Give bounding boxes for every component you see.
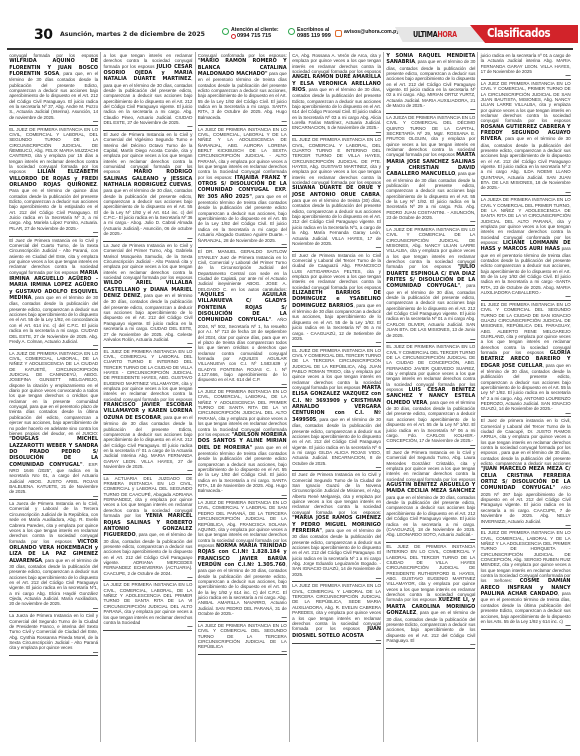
notice-text: LA JUEZ DE PRIMERA INSTANCIA EN LO CIVIL…: [292, 583, 381, 631]
legal-notice: a los que tengan interés en reclamar der…: [103, 52, 192, 131]
notice-text: LA JUEZ DE PRIMERA INSTANCIA EN LO CIVIL…: [198, 500, 287, 548]
notice-text: , para que, en el término de 30 días con…: [9, 71, 98, 120]
notice-code-tag: ▬▬: [103, 342, 192, 345]
legal-notice: LA JUEZ DE PRIMERA INSTANCIA EN LO CIVIL…: [9, 350, 98, 500]
notice-code-tag: ▬▬: [198, 494, 287, 497]
legal-notice: El Juez de primera instancia en lo Civil…: [481, 417, 571, 529]
notice-text: La ACTUARIA DEL JUZGADO DE PRIMERA INSTA…: [103, 476, 192, 518]
notice-text: , para que en el término de 30 días, con…: [386, 59, 475, 108]
notice-text: El Juez de primera instancia en lo Civil…: [481, 418, 571, 466]
notice-code-tag: ▬▬: [292, 639, 381, 642]
notice-text: , para que en el término de 30 días, con…: [103, 182, 192, 236]
notice-code-tag: ▬▬: [198, 650, 287, 653]
notice-text: LA JUEZ DE PRIMERA INSTANCIA EN LO CIVIL…: [9, 351, 98, 436]
legal-notice: La Jueza de Primera Instancia en lo Civi…: [9, 612, 98, 656]
notice-code-tag: ▬▬: [9, 651, 98, 654]
notice-text: , para que en el término de 30 días, con…: [481, 363, 571, 412]
notice-code-tag: ▬▬: [292, 577, 381, 580]
notice-code-tag: ▬▬: [103, 469, 192, 472]
legal-notice: Y SONIA RAQUEL MENDIETA SANABRIA, para q…: [386, 52, 475, 114]
notice-text: EL JUEZ DE PRIMERA INSTANCIA EN LO CIVIL…: [481, 530, 571, 583]
notice-text: . AÑO 2024, Nº 502, Secretaría Nº 1, ha …: [198, 317, 287, 382]
column-5: Y SONIA RAQUEL MENDIETA SANABRIA, para q…: [384, 52, 478, 742]
legal-notice: LA JUEZ DE PRIMERA INSTANCIA EN LO CIVIL…: [481, 80, 571, 196]
legal-notice: El Juez de Primera Instancia en lo Civil…: [386, 449, 475, 543]
notice-text: La Juez de Primera Instancia en lo Civil…: [103, 243, 192, 280]
notice-code-tag: ▬▬: [9, 120, 98, 123]
notice-code-tag: ▬▬: [103, 237, 192, 240]
notice-text: para que en el perentorio término de tre…: [198, 71, 287, 120]
classifieds-columns: conyugal formada por los esposos WILFRID…: [7, 52, 573, 742]
notice-text: LA JUEZA DE PRIMERA INSTANCIA EN LO CIVI…: [386, 115, 475, 157]
notice-text: LA JUEZ DE PRIMERA INSTANCIA EN LO CIVIL…: [198, 623, 287, 649]
notice-code-tag: ▬▬: [481, 524, 571, 527]
notice-text: EL JUEZ DE PRIMERA INSTANCIA EN LO CIVIL…: [481, 302, 571, 355]
logo-hora: HORA: [437, 30, 456, 39]
notice-text: juicio radica en la secretaría nº 01 a c…: [481, 53, 571, 74]
notice-text: EL JUEZ DE PRIMERA INSTANCIA INTERINO EN…: [386, 544, 475, 602]
notice-code-tag: ▬▬: [386, 220, 475, 223]
notice-code-tag: ▬▬: [9, 344, 98, 347]
notice-code-tag: ▬▬: [386, 643, 475, 646]
notice-text: , para que en el término de 30 días, con…: [103, 293, 192, 342]
notice-code-tag: ▬▬: [9, 495, 98, 498]
notice-code-tag: ▬▬: [481, 295, 571, 298]
notice-text: EL JUEZ DE PRIMERA INSTANCIA EN LO CIVIL…: [9, 127, 98, 175]
notice-code-tag: ▬▬: [198, 120, 287, 123]
notice-text: , para que en el término de 30 días, con…: [9, 295, 98, 344]
legal-notice: EL JUEZ DE PRIMERA INSTANCIA EN LO CIVIL…: [481, 301, 571, 417]
section-title: Clasificados: [487, 25, 550, 40]
notice-party-names: AGUSTIN BENITEZ ARGUELLO Y MAIDA CECILIA…: [386, 482, 475, 494]
notice-text: CA, Abg. Rossana A. Verón de Arca, cita …: [292, 53, 381, 74]
notice-text: EL JUEZ DE PRIMERA INSTANCIA EN LO CIVIL…: [292, 137, 381, 185]
notice-text: La Jueza de Primera Instancia en lo Civi…: [9, 501, 98, 543]
whatsapp-icon: [222, 28, 229, 35]
legal-notice: LA JUEZ DE PRIMERA INSTANCIA EN LO CIVIL…: [292, 582, 381, 644]
notice-text: , para que en el término de 30 días, con…: [292, 87, 381, 130]
notice-text: , para que en el término de 30 días, con…: [103, 76, 192, 125]
legal-notice: LA JUEZ DE PRIMERA INSTANCIA EN LO CIVIL…: [198, 126, 287, 249]
legal-notice: El Juez de Primera Instancia en lo Civil…: [9, 237, 98, 350]
notice-text: EL JUEZ DE PRIMERA INSTANCIA EN LO CIVIL…: [103, 349, 192, 402]
column-1: conyugal formada por los esposos WILFRID…: [7, 52, 101, 742]
legal-notice: LA JUEZ DE PRIMERA INSTANCIA EN LO CIVIL…: [198, 622, 287, 655]
notice-code-tag: ▬▬: [386, 108, 475, 111]
legal-notice: La Jueza de Primera Instancia en lo Civi…: [9, 500, 98, 612]
legal-notice: EL JUEZ DE PRIMERA INSTANCIA EN LO CIVIL…: [386, 343, 475, 449]
notice-text: LA JUEZ DE PRIMERA INSTANCIA EN LO CIVIL…: [481, 81, 571, 123]
legal-notice: LA JUEZ DE PRIMERA INSTANCIA EN LO CIVIL…: [198, 388, 287, 499]
notice-text: para que en el perentorio término de tre…: [198, 445, 287, 494]
email-contact: avisos@uhora.com.py: [335, 29, 399, 37]
legal-notice: La Juez de Primera Instancia en lo Civil…: [103, 242, 192, 348]
notice-text: El Juez de Primera Instancia en lo Civil…: [292, 253, 381, 290]
email-address[interactable]: avisos@uhora.com.py: [344, 29, 399, 35]
notice-text: , para que en el término de 30 días comp…: [292, 303, 381, 341]
legal-notice: EL JUEZ DE PRIMERA INSTANCIA EN LO CIVIL…: [292, 347, 381, 472]
notice-text: , para que en el término de 30 días cont…: [386, 171, 475, 220]
notice-text: El Juez de Primera Instancia en lo Civil…: [292, 472, 381, 514]
notice-code-tag: ▬▬: [292, 341, 381, 344]
column-6: juicio radica en la secretaría nº 01 a c…: [478, 52, 572, 742]
issue-date: Asunción, martes 2 de diciembre de 2025: [60, 31, 205, 38]
legal-notice: EL JUEZ DE PRIMERA INSTANCIA EN LO CIVIL…: [292, 136, 381, 251]
notice-text: LA JUEZ DE PRIMERA INSTANCIA EN LO CIVIL…: [198, 389, 287, 437]
notice-text: Conyugal conformada por los esposos:: [198, 53, 287, 58]
notice-code-tag: ▬▬: [481, 74, 571, 77]
legal-notice: LA JUEZA DE PRIMERA INSTANCIA EN LO CIVI…: [481, 196, 571, 301]
notice-code-tag: ▬▬: [292, 466, 381, 469]
legal-notice: LA JUEZA DE PRIMERA INSTANCIA EN LO CIVI…: [386, 114, 475, 226]
notice-text: , para que en el término de 30 días, con…: [198, 562, 287, 616]
legal-notice: conyugal formada por los esposos WILFRID…: [9, 52, 98, 126]
notice-code-tag: ▬▬: [9, 231, 98, 234]
notice-code-tag: ▬▬: [481, 412, 571, 415]
notice-text: , para que en el término de 30 días cont…: [292, 528, 381, 577]
notice-text: AÑO 2025 Nº 397 bajo apercibimiento de l…: [481, 485, 571, 523]
notice-text: , para que en el término de 30 días, con…: [386, 283, 475, 337]
column-4: CA, Abg. Rossana A. Verón de Arca, cita …: [290, 52, 384, 742]
ultima-hora-logo: ULTIMAHORA: [413, 30, 457, 39]
notice-text: , para que en el término de 30 días, con…: [386, 400, 475, 443]
legal-notice: juicio radica en la secretaría nº 01 a c…: [481, 52, 571, 80]
notice-text: EL JUEZ DE PRIMERA INSTANCIA EN LO CIVIL…: [292, 348, 381, 390]
phone-icon: [231, 34, 236, 39]
mail-icon: [335, 30, 342, 37]
notice-text: El DR. MANUEL GERALDO SAITLOW STANLEY Ju…: [198, 249, 287, 291]
write-us-number[interactable]: 0985 119 999: [297, 33, 331, 39]
notice-text: , para que en el término de treinta (30)…: [292, 192, 381, 246]
notice-text: , para que en el término de 30 días, con…: [9, 558, 98, 607]
notice-code-tag: ▬▬: [198, 616, 287, 619]
page-header: 30 Asunción, martes 2 de diciembre de 20…: [0, 0, 580, 44]
notice-text: El Juez de Primera Instancia en lo Civil…: [386, 450, 475, 482]
notice-code-tag: ▬▬: [103, 125, 192, 128]
notice-code-tag: ▬▬: [481, 624, 571, 627]
notice-text: . Para que en el término de quince días …: [9, 182, 98, 231]
legal-notice: Conyugal conformada por los esposos: "MA…: [198, 52, 287, 126]
legal-notice: La ACTUARIA DEL JUZGADO DE PRIMERA INSTA…: [103, 475, 192, 582]
column-2: a los que tengan interés en reclamar der…: [101, 52, 195, 742]
legal-notice: El Juez de Primera Instancia en lo Civil…: [292, 471, 381, 582]
notice-text: La Jueza de Primera Instancia en lo Civi…: [9, 613, 98, 650]
notice-text: , para que en el término de 30 días cont…: [103, 415, 192, 469]
whatsapp-icon: [288, 28, 295, 35]
legal-notice: LA JUEZ DE PRIMERA INSTANCIA EN LO CIVIL…: [198, 499, 287, 622]
legal-notice: El DR. MANUEL GERALDO SAITLOW STANLEY Ju…: [198, 248, 287, 388]
notice-text: para que en el término de 30 días, conta…: [386, 495, 475, 537]
notice-text: LA JUEZ DE PRIMERA INSTANCIA EN LO CIVIL…: [386, 227, 475, 269]
logo-ultima: ULTIMA: [413, 30, 437, 39]
column-3: Conyugal conformada por los esposos: "MA…: [196, 52, 290, 742]
notice-code-tag: ▬▬: [292, 131, 381, 134]
notice-text: LA JUEZ DE PRIMERA INSTANCIA EN LO CIVIL…: [103, 582, 192, 624]
legal-notice: EL JUEZ DE PRIMERA INSTANCIA EN LO CIVIL…: [481, 529, 571, 629]
legal-notice: El Juez de Primera Instancia en lo Civil…: [292, 252, 381, 347]
notice-text: conyugal formada por los esposos: [9, 53, 98, 58]
header-rule: [7, 48, 573, 50]
notice-code-tag: ▬▬: [103, 625, 192, 628]
legal-notice: EL JUEZ DE PRIMERA INSTANCIA EN LO CIVIL…: [103, 348, 192, 475]
notice-code-tag: ▬▬: [386, 338, 475, 341]
notice-code-tag: ▬▬: [386, 538, 475, 541]
notice-code-tag: ▬▬: [198, 243, 287, 246]
notice-code-tag: ▬▬: [198, 383, 287, 386]
legal-notice: CA, Abg. Rossana A. Verón de Arca, cita …: [292, 52, 381, 136]
legal-notice: EL JUEZ DE PRIMERA INSTANCIA INTERINO EN…: [386, 543, 475, 649]
legal-notice: EL JUEZ DE PRIMERA INSTANCIA EN LO CIVIL…: [9, 126, 98, 237]
notice-text: , para que en el perentorio término de t…: [198, 194, 287, 243]
notice-text: LA JUEZA DE PRIMERA INSTANCIA EN LO CIVI…: [481, 197, 571, 245]
notice-party-names: SILVANA DUARTE DE ORUE Y JOSE ANTONIO OR…: [292, 185, 381, 197]
notice-text: , para que, en el término de 30 días, co…: [103, 532, 192, 575]
notice-text: , para que en el término de 30 días, con…: [292, 417, 381, 466]
write-us-contact: Escribinos al 0985 119 999: [288, 27, 331, 39]
notice-code-tag: ▬▬: [292, 246, 381, 249]
notice-code-tag: ▬▬: [386, 444, 475, 447]
notice-code-tag: ▬▬: [103, 576, 192, 579]
notice-text: , para que en el término de 30 días, con…: [481, 136, 571, 190]
notice-text: El Juez de Primera Instancia en lo Civil…: [103, 132, 192, 174]
page-number: 30: [34, 27, 52, 43]
legal-notice: LA JUEZ DE PRIMERA INSTANCIA EN LO CIVIL…: [103, 581, 192, 630]
notice-code-tag: ▬▬: [481, 191, 571, 194]
notice-text: LA JUEZ DE PRIMERA INSTANCIA EN LO CIVIL…: [198, 127, 287, 180]
customer-service-contact: Atención al cliente: 0994 715 715: [222, 27, 279, 39]
legal-notice: LA JUEZ DE PRIMERA INSTANCIA EN LO CIVIL…: [386, 226, 475, 343]
notice-code-tag: ▬▬: [9, 607, 98, 610]
customer-service-number[interactable]: 0994 715 715: [237, 33, 271, 39]
notice-text: EL JUEZ DE PRIMERA INSTANCIA EN LO CIVIL…: [386, 344, 475, 392]
notice-text: para que en el perentorio término de tre…: [481, 246, 571, 295]
legal-notice: El Juez de Primera Instancia en lo Civil…: [103, 131, 192, 242]
